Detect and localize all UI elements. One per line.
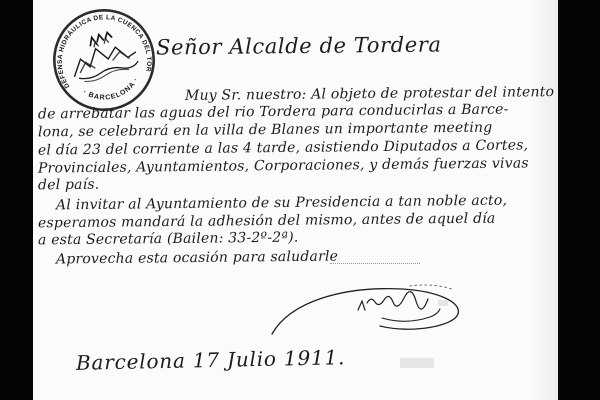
svg-text:· BARCELONA ·: · BARCELONA · [80,75,143,107]
mountains-trees-river-landscape-icon [66,27,139,85]
body-line: del país. [38,177,100,194]
stamp-arc-top-text: DEFENSA HIDRÁULICA DE LA CUENCA DEL TORD… [50,6,156,96]
scan-border-right [558,0,600,400]
salutation-line: Señor Alcalde de Tordera [156,33,442,60]
svg-text:DEFENSA HIDRÁULICA DE LA CUENC: DEFENSA HIDRÁULICA DE LA CUENCA DEL TORD… [50,6,156,96]
rubber-stamp-seal: DEFENSA HIDRÁULICA DE LA CUENCA DEL TORD… [50,6,158,114]
faint-dotted-marks [330,262,420,264]
scanned-letter-frame: DEFENSA HIDRÁULICA DE LA CUENCA DEL TORD… [0,0,600,400]
handwritten-signature-flourish-icon [262,280,477,344]
scan-shadow [528,0,558,400]
scan-smudge [400,358,434,368]
body-line: a esta Secretaría (Bailen: 33-2º-2ª). [38,230,299,249]
closing-line: Aprovecha esta ocasión para saludarle [56,249,338,268]
scan-border-left [0,0,33,400]
scan-smudge [438,300,448,306]
stamp-arc-bottom-text: · BARCELONA · [80,75,143,107]
